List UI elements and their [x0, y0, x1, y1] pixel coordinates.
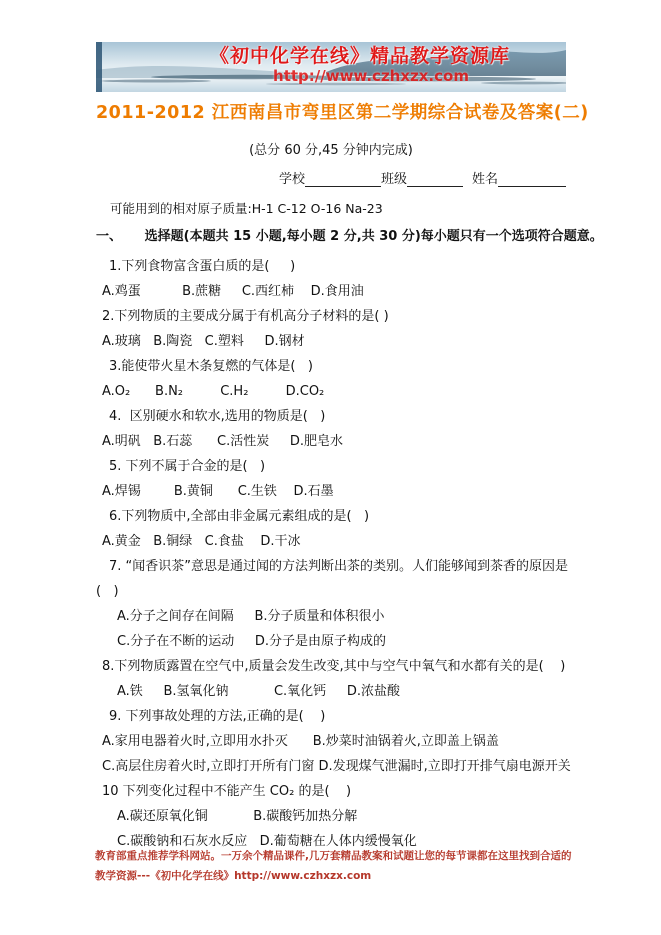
student-info-line: 学校班级姓名	[96, 168, 566, 187]
stem-line: 7. “闻香识茶”意思是通过闻的方法判断出茶的类别。人们能够闻到茶香的原因是	[96, 554, 566, 579]
atomic-mass-note: 可能用到的相对原子质量:H-1 C-12 O-16 Na-23	[96, 199, 566, 217]
page-content: 《初中化学在线》精品教学资源库 http://www.czhxzx.com 20…	[96, 42, 566, 854]
stem-line: 5. 下列不属于合金的是( )	[96, 454, 566, 479]
exam-subtitle: (总分 60 分,45 分钟内完成)	[96, 139, 566, 158]
stem-line: 6.下列物质中,全部由非金属元素组成的是( )	[96, 504, 566, 529]
options-line: C.高层住房着火时,立即打开所有门窗 D.发现煤气泄漏时,立即打开排气扇电源开关	[96, 754, 566, 779]
options-line: A.黄金 B.铜绿 C.食盐 D.干冰	[96, 529, 566, 554]
options-line: A.鸡蛋 B.蔗糖 C.西红柿 D.食用油	[96, 279, 566, 304]
exam-body: 1.下列食物富含蛋白质的是( )A.鸡蛋 B.蔗糖 C.西红柿 D.食用油2.下…	[96, 254, 566, 854]
stem-line: 3.能使带火星木条复燃的气体是( )	[96, 354, 566, 379]
options-line: A.O₂ B.N₂ C.H₂ D.CO₂	[96, 379, 566, 404]
stem-line: 9. 下列事故处理的方法,正确的是( )	[96, 704, 566, 729]
options-line: A.碳还原氧化铜 B.碳酸钙加热分解	[96, 804, 566, 829]
stem-line: 2.下列物质的主要成分属于有机高分子材料的是( )	[96, 304, 566, 329]
options-line: A.玻璃 B.陶瓷 C.塑料 D.钢材	[96, 329, 566, 354]
options-line: A.明矾 B.石蕊 C.活性炭 D.肥皂水	[96, 429, 566, 454]
options-line: C.分子在不断的运动 D.分子是由原子构成的	[96, 629, 566, 654]
exam-page: 《初中化学在线》精品教学资源库 http://www.czhxzx.com 20…	[0, 0, 661, 935]
section-heading: 一、 选择题(本题共 15 小题,每小题 2 分,共 30 分)每小题只有一个选…	[96, 227, 566, 246]
options-line: A.分子之间存在间隔 B.分子质量和体积很小	[96, 604, 566, 629]
school-label: 学校	[279, 172, 305, 187]
banner-text: 《初中化学在线》精品教学资源库 http://www.czhxzx.com	[96, 45, 566, 85]
site-title: 《初中化学在线》精品教学资源库	[96, 45, 566, 68]
stem-continued-line: ( )	[96, 579, 566, 604]
footer: 教育部重点推荐学科网站。一万余个精品课件,几万套精品教案和试题让您的每节课都在这…	[95, 846, 585, 886]
name-blank	[498, 172, 566, 187]
school-blank	[305, 172, 381, 187]
stem-line: 1.下列食物富含蛋白质的是( )	[96, 254, 566, 279]
stem-line: 8.下列物质露置在空气中,质量会发生改变,其中与空气中氧气和水都有关的是( )	[96, 654, 566, 679]
site-banner: 《初中化学在线》精品教学资源库 http://www.czhxzx.com	[96, 42, 566, 92]
name-label: 姓名	[472, 172, 498, 187]
options-line: A.铁 B.氢氧化钠 C.氧化钙 D.浓盐酸	[96, 679, 566, 704]
site-url: http://www.czhxzx.com	[96, 68, 566, 85]
footer-line: 教学资源---《初中化学在线》http://www.czhxzx.com	[95, 866, 585, 886]
exam-title: 2011-2012 江西南昌市弯里区第二学期综合试卷及答案(二)	[96, 102, 566, 124]
class-blank	[407, 172, 463, 187]
class-label: 班级	[381, 172, 407, 187]
stem-line: 4. 区别硬水和软水,选用的物质是( )	[96, 404, 566, 429]
stem-line: 10 下列变化过程中不能产生 CO₂ 的是( )	[96, 779, 566, 804]
options-line: A.焊锡 B.黄铜 C.生铁 D.石墨	[96, 479, 566, 504]
footer-line: 教育部重点推荐学科网站。一万余个精品课件,几万套精品教案和试题让您的每节课都在这…	[95, 846, 585, 866]
options-line: A.家用电器着火时,立即用水扑灭 B.炒菜时油锅着火,立即盖上锅盖	[96, 729, 566, 754]
